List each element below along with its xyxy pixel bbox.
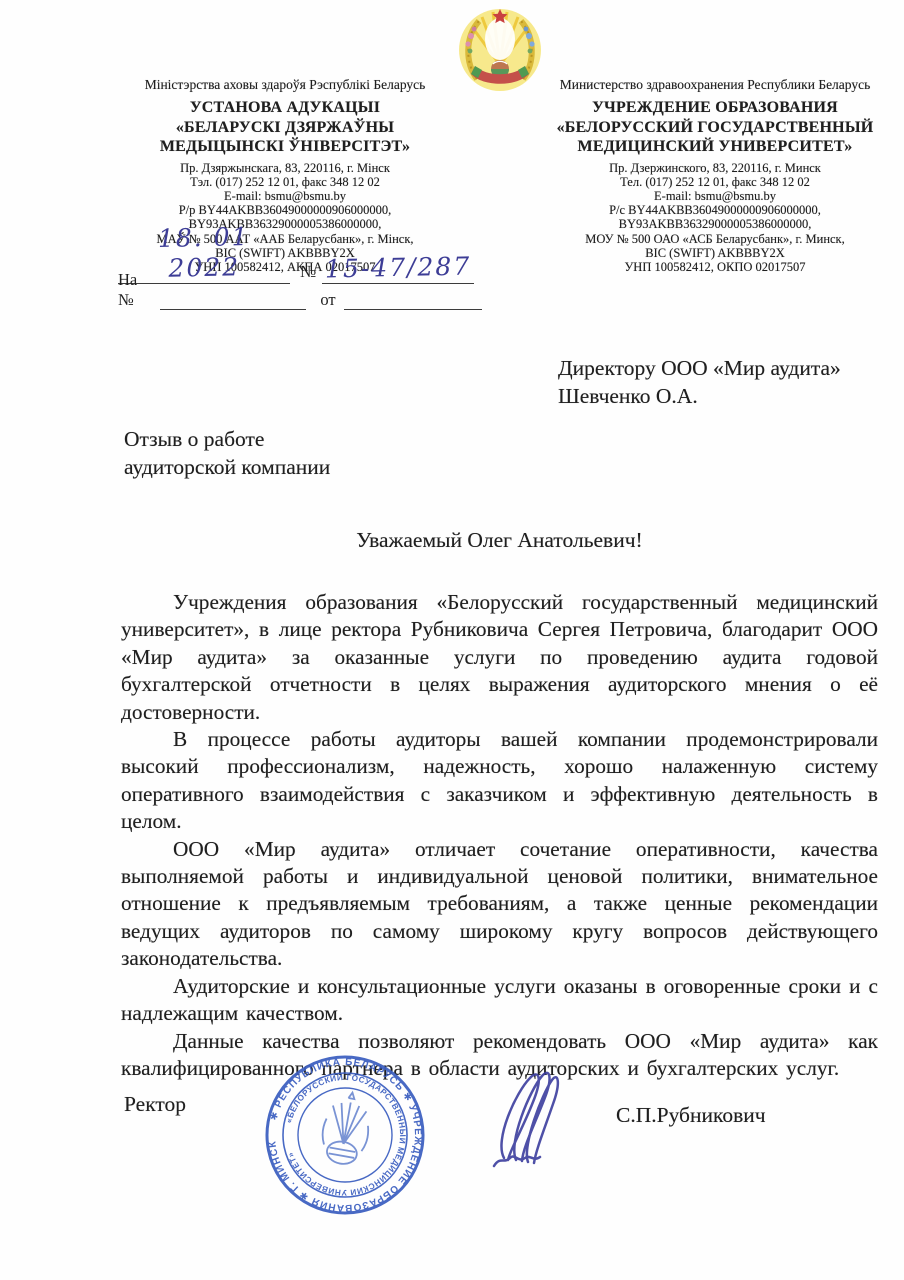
outgoing-date-field: 18. 01 2022	[118, 223, 290, 284]
number-sign: №	[290, 262, 322, 284]
university-stamp: ✱ РЕСПУБЛИКА БЕЛАРУСЬ ✱ УЧРЕЖДЕНИЕ ОБРАЗ…	[249, 1039, 441, 1231]
reference-block: 18. 01 2022 № 15-47/287 На № от	[118, 248, 482, 310]
addressee-line: Директору ООО «Мир аудита»	[558, 354, 841, 382]
org-title-ru: УЧРЕЖДЕНИЕ ОБРАЗОВАНИЯ «БЕЛОРУССКИЙ ГОСУ…	[546, 98, 884, 157]
subject-line: Отзыв о работе	[124, 425, 330, 453]
org-details-ru: Пр. Дзержинского, 83, 220116, г. Минск Т…	[546, 161, 884, 275]
addressee-line: Шевченко О.А.	[558, 382, 841, 410]
reply-date-blank	[344, 309, 482, 310]
handwritten-date: 18. 01 2022	[117, 221, 290, 285]
reply-from-label: от	[306, 290, 335, 310]
reply-number-blank	[160, 309, 306, 310]
signer-title: Ректор	[124, 1092, 186, 1117]
stamp-center-emblem	[318, 1089, 375, 1168]
letter-body: Учреждения образования «Белорусский госу…	[121, 589, 878, 1082]
body-paragraph: Аудиторские и консультационные услуги ок…	[121, 973, 878, 1028]
outgoing-number-field: 15-47/287	[322, 253, 474, 284]
addressee: Директору ООО «Мир аудита» Шевченко О.А.	[558, 354, 841, 410]
rector-signature	[486, 1064, 581, 1176]
subject-line: аудиторской компании	[124, 453, 330, 481]
salutation: Уважаемый Олег Анатольевич!	[121, 528, 878, 553]
signer-name: С.П.Рубникович	[616, 1103, 766, 1128]
ministry-line-by: Міністэрства аховы здароўя Рэспублікі Бе…	[116, 76, 454, 93]
body-paragraph: ООО «Мир аудита» отличает сочетание опер…	[121, 836, 878, 973]
body-paragraph: Учреждения образования «Белорусский госу…	[121, 589, 878, 726]
document-page: Міністэрства аховы здароўя Рэспублікі Бе…	[0, 0, 904, 1280]
ministry-line-ru: Министерство здравоохранения Республики …	[546, 76, 884, 93]
letterhead-right: Министерство здравоохранения Республики …	[546, 76, 884, 274]
reply-row: На № от	[118, 286, 482, 310]
coat-of-arms-of-belarus-icon	[455, 3, 545, 93]
subject: Отзыв о работе аудиторской компании	[124, 425, 330, 481]
org-title-by: УСТАНОВА АДУКАЦЫІ «БЕЛАРУСКІ ДЗЯРЖАЎНЫ М…	[116, 98, 454, 157]
body-paragraph: В процессе работы аудиторы вашей компани…	[121, 726, 878, 836]
handwritten-number: 15-47/287	[325, 251, 472, 284]
outgoing-row: 18. 01 2022 № 15-47/287	[118, 248, 482, 284]
